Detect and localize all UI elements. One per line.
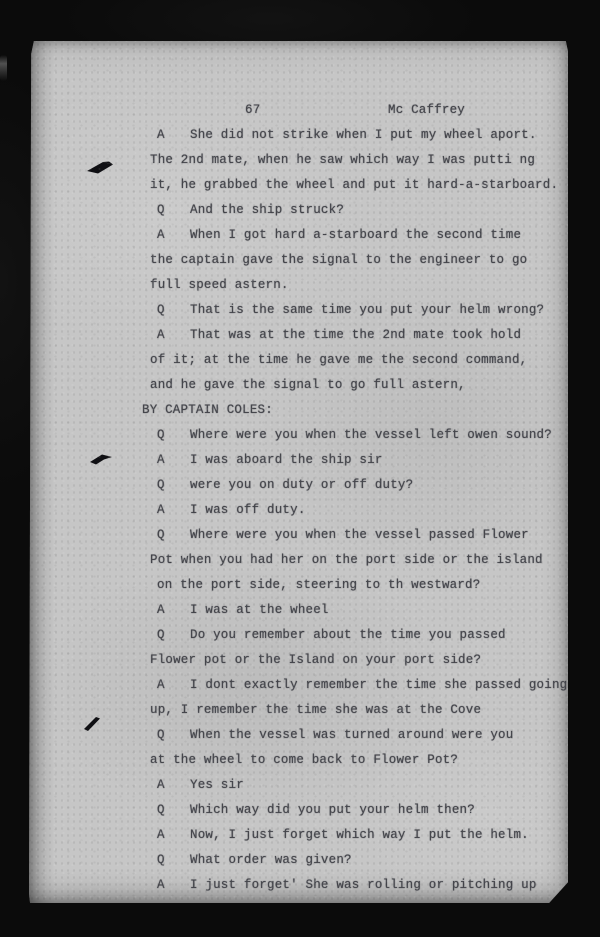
margin-ink-mark bbox=[87, 161, 115, 177]
line-text: the captain gave the signal to the engin… bbox=[150, 253, 527, 267]
page-number: 67 bbox=[245, 98, 260, 123]
transcript-line: on the port side, steering to th westwar… bbox=[120, 573, 562, 598]
line-text: full speed astern. bbox=[150, 278, 289, 292]
line-text: I just forget' She was rolling or pitchi… bbox=[190, 878, 537, 892]
line-text: were you on duty or off duty? bbox=[190, 478, 413, 492]
line-text: She did not strike when I put my wheel a… bbox=[190, 128, 537, 142]
qa-marker: A bbox=[157, 873, 190, 898]
transcript-line: AShe did not strike when I put my wheel … bbox=[120, 123, 562, 148]
line-text: What order was given? bbox=[190, 853, 352, 867]
transcript-page: 67 Mc Caffrey AShe did not strike when I… bbox=[29, 41, 568, 903]
line-text: Flower pot or the Island on your port si… bbox=[150, 653, 481, 667]
line-text: up, I remember the time she was at the C… bbox=[150, 703, 481, 717]
witness-name: Mc Caffrey bbox=[388, 98, 465, 123]
transcript-line: AYes sir bbox=[120, 773, 562, 798]
qa-marker: A bbox=[157, 223, 190, 248]
qa-marker: A bbox=[157, 598, 190, 623]
transcript-line: Flower pot or the Island on your port si… bbox=[120, 648, 562, 673]
qa-marker: A bbox=[157, 823, 190, 848]
qa-marker: Q bbox=[157, 523, 190, 548]
transcript-line: it, he grabbed the wheel and put it hard… bbox=[120, 173, 562, 198]
typed-text-block: 67 Mc Caffrey AShe did not strike when I… bbox=[120, 98, 562, 898]
transcript-line: The 2nd mate, when he saw which way I wa… bbox=[120, 148, 562, 173]
line-text: I was at the wheel bbox=[190, 603, 329, 617]
transcript-line: AI was off duty. bbox=[120, 498, 562, 523]
line-text: The 2nd mate, when he saw which way I wa… bbox=[150, 153, 535, 167]
qa-marker: Q bbox=[157, 198, 190, 223]
line-text: Yes sir bbox=[190, 778, 244, 792]
line-text: and he gave the signal to go full astern… bbox=[150, 378, 466, 392]
transcript-line: QWhich way did you put your helm then? bbox=[120, 798, 562, 823]
line-text: And the ship struck? bbox=[190, 203, 344, 217]
transcript-line: QThat is the same time you put your helm… bbox=[120, 298, 562, 323]
transcript-line: AI just forget' She was rolling or pitch… bbox=[120, 873, 562, 898]
transcript-line: BY CAPTAIN COLES: bbox=[120, 398, 562, 423]
page-header: 67 Mc Caffrey bbox=[120, 98, 562, 123]
qa-marker: Q bbox=[157, 473, 190, 498]
qa-marker: Q bbox=[157, 798, 190, 823]
transcript-line: AI was aboard the ship sir bbox=[120, 448, 562, 473]
line-text: BY CAPTAIN COLES: bbox=[142, 403, 273, 417]
margin-ink-mark bbox=[89, 453, 115, 467]
line-text: of it; at the time he gave me the second… bbox=[150, 353, 527, 367]
transcript-line: AWhen I got hard a-starboard the second … bbox=[120, 223, 562, 248]
line-text: Where were you when the vessel left owen… bbox=[190, 428, 552, 442]
transcript-lines: AShe did not strike when I put my wheel … bbox=[120, 123, 562, 898]
line-text: That was at the time the 2nd mate took h… bbox=[190, 328, 521, 342]
line-text: Where were you when the vessel passed Fl… bbox=[190, 528, 529, 542]
qa-marker: Q bbox=[157, 623, 190, 648]
qa-marker: Q bbox=[157, 848, 190, 873]
line-text: When the vessel was turned around were y… bbox=[190, 728, 513, 742]
transcript-line: the captain gave the signal to the engin… bbox=[120, 248, 562, 273]
transcript-line: Qwere you on duty or off duty? bbox=[120, 473, 562, 498]
qa-marker: A bbox=[157, 123, 190, 148]
line-text: Now, I just forget which way I put the h… bbox=[190, 828, 529, 842]
line-text: I was off duty. bbox=[190, 503, 306, 517]
qa-marker: Q bbox=[157, 723, 190, 748]
qa-marker: A bbox=[157, 498, 190, 523]
transcript-line: AThat was at the time the 2nd mate took … bbox=[120, 323, 562, 348]
transcript-line: up, I remember the time she was at the C… bbox=[120, 698, 562, 723]
line-text: on the port side, steering to th westwar… bbox=[157, 578, 480, 592]
transcript-line: QWhere were you when the vessel passed F… bbox=[120, 523, 562, 548]
line-text: I was aboard the ship sir bbox=[190, 453, 383, 467]
transcript-line: QWhere were you when the vessel left owe… bbox=[120, 423, 562, 448]
margin-ink-mark bbox=[83, 715, 103, 733]
line-text: I dont exactly remember the time she pas… bbox=[190, 678, 567, 692]
transcript-line: QWhat order was given? bbox=[120, 848, 562, 873]
transcript-line: full speed astern. bbox=[120, 273, 562, 298]
qa-marker: Q bbox=[157, 298, 190, 323]
scan-border-smudge bbox=[0, 55, 7, 81]
transcript-line: ANow, I just forget which way I put the … bbox=[120, 823, 562, 848]
transcript-line: at the wheel to come back to Flower Pot? bbox=[120, 748, 562, 773]
scanned-document-view: 67 Mc Caffrey AShe did not strike when I… bbox=[0, 0, 600, 937]
qa-marker: A bbox=[157, 773, 190, 798]
transcript-line: QAnd the ship struck? bbox=[120, 198, 562, 223]
transcript-line: QWhen the vessel was turned around were … bbox=[120, 723, 562, 748]
line-text: at the wheel to come back to Flower Pot? bbox=[150, 753, 458, 767]
transcript-line: of it; at the time he gave me the second… bbox=[120, 348, 562, 373]
qa-marker: A bbox=[157, 448, 190, 473]
line-text: Which way did you put your helm then? bbox=[190, 803, 475, 817]
line-text: Do you remember about the time you passe… bbox=[190, 628, 506, 642]
transcript-line: AI dont exactly remember the time she pa… bbox=[120, 673, 562, 698]
qa-marker: Q bbox=[157, 423, 190, 448]
transcript-line: AI was at the wheel bbox=[120, 598, 562, 623]
line-text: That is the same time you put your helm … bbox=[190, 303, 544, 317]
line-text: it, he grabbed the wheel and put it hard… bbox=[150, 178, 558, 192]
transcript-line: Pot when you had her on the port side or… bbox=[120, 548, 562, 573]
qa-marker: A bbox=[157, 323, 190, 348]
transcript-line: QDo you remember about the time you pass… bbox=[120, 623, 562, 648]
line-text: Pot when you had her on the port side or… bbox=[150, 553, 543, 567]
qa-marker: A bbox=[157, 673, 190, 698]
line-text: When I got hard a-starboard the second t… bbox=[190, 228, 521, 242]
transcript-line: and he gave the signal to go full astern… bbox=[120, 373, 562, 398]
